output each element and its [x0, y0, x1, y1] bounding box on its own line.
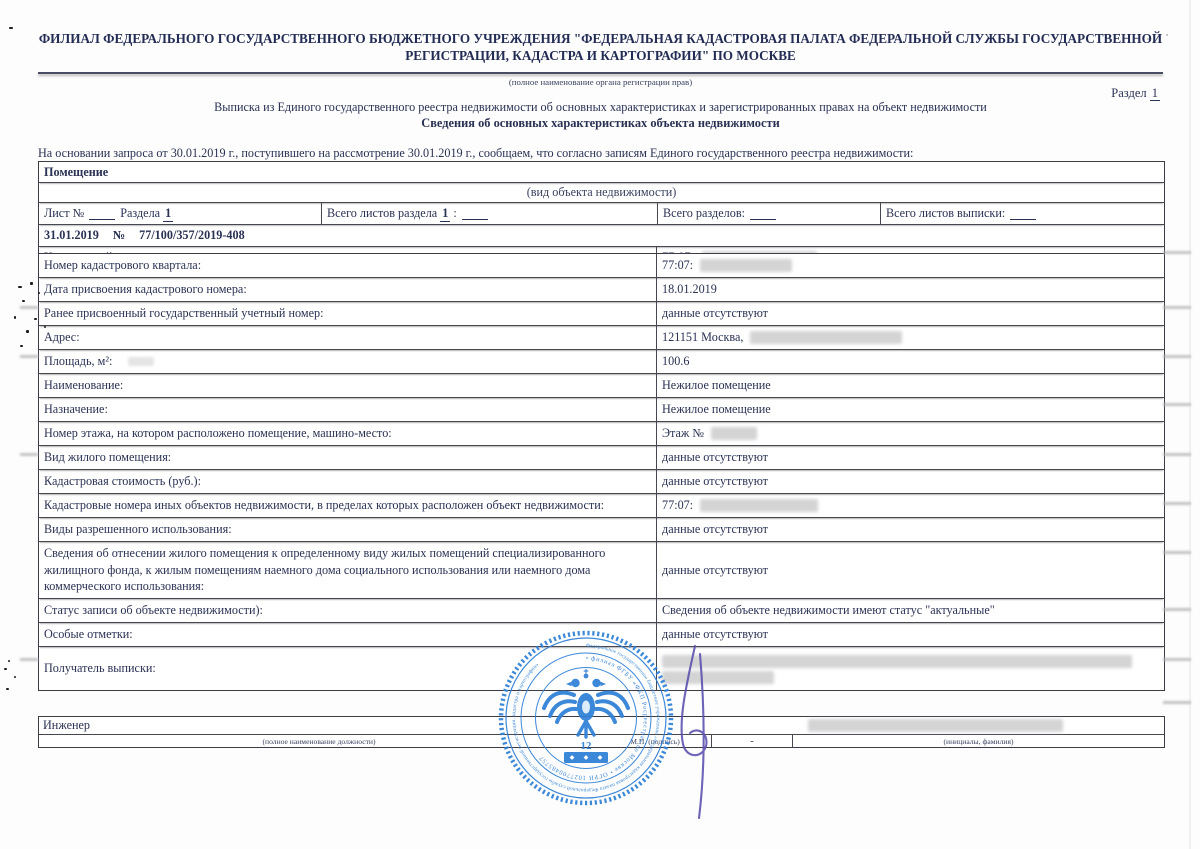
registration-date: 31.01.2019	[44, 228, 99, 243]
number-sign: №	[113, 228, 125, 243]
value-text: 77:07:	[662, 497, 693, 514]
document-title-line1: Выписка из Единого государственного реес…	[38, 100, 1163, 115]
stamp-banner	[564, 752, 608, 763]
value-text: 18.01.2019	[662, 281, 717, 298]
table-row: Наименование: Нежилое помещение	[39, 374, 1164, 398]
attribute-value: Сведения об объекте недвижимости имеют с…	[657, 599, 1164, 622]
blank-line	[1010, 208, 1036, 220]
name-caption: (инициалы, фамилия)	[793, 735, 1164, 747]
section-word: Раздел	[1111, 86, 1146, 100]
redacted-text	[808, 719, 1063, 732]
attribute-value: данные отсутствуют	[657, 542, 1164, 598]
attribute-label: Вид жилого помещения:	[39, 446, 657, 469]
value-text: Сведения об объекте недвижимости имеют с…	[662, 602, 995, 619]
header-rule	[38, 72, 1163, 74]
table-row: Виды разрешенного использования: данные …	[39, 518, 1164, 542]
blank-line	[89, 208, 115, 220]
object-type-caption-row: (вид объекта недвижимости)	[39, 183, 1164, 203]
value-text: данные отсутствуют	[662, 449, 768, 466]
attribute-label: Номер кадастрового квартала:	[39, 254, 657, 277]
redacted-text	[750, 331, 902, 344]
table-row: Назначение: Нежилое помещение	[39, 398, 1164, 422]
position-title: Инженер	[39, 718, 90, 733]
redacted-text	[700, 499, 818, 512]
attribute-label: Дата присвоения кадастрового номера:	[39, 278, 657, 301]
object-type-caption: (вид объекта недвижимости)	[39, 183, 1164, 202]
total-sheets-colon: :	[453, 206, 456, 221]
total-sheets-cell: Всего листов раздела 1 :	[322, 203, 658, 224]
redacted-lines	[662, 653, 1159, 684]
organization-caption: (полное наименование органа регистрации …	[38, 77, 1163, 87]
attribute-label: Ранее присвоенный государственный учетны…	[39, 302, 657, 325]
attribute-label: Площадь, м²:	[39, 350, 657, 373]
attribute-value: 77:07:	[657, 254, 1164, 277]
attribute-label: Адрес:	[39, 326, 657, 349]
value-text: 121151 Москва,	[662, 329, 743, 346]
attribute-value: 121151 Москва,	[657, 326, 1164, 349]
registration-number: 31.01.2019№77/100/357/2019-408	[39, 225, 1164, 246]
table-row: Ранее присвоенный государственный учетны…	[39, 302, 1164, 326]
total-sections-label: Всего разделов:	[663, 206, 745, 221]
table-row: Адрес: 121151 Москва,	[39, 326, 1164, 350]
table-row: Дата присвоения кадастрового номера: 18.…	[39, 278, 1164, 302]
attribute-label: Статус записи об объекте недвижимости):	[39, 599, 657, 622]
value-text: данные отсутствуют	[662, 473, 768, 490]
object-type: Помещение	[39, 162, 1164, 182]
attribute-label: Номер этажа, на котором расположено поме…	[39, 422, 657, 445]
redacted-text	[700, 259, 792, 272]
double-headed-eagle-icon	[544, 670, 628, 738]
value-text: Нежилое помещение	[662, 377, 771, 394]
label-text: Площадь, м²:	[44, 353, 112, 370]
attribute-label: Кадастровые номера иных объектов недвижи…	[39, 494, 657, 517]
value-text: 100.6	[662, 353, 689, 370]
object-type-row: Помещение	[39, 162, 1164, 183]
value-text: данные отсутствуют	[662, 521, 768, 538]
attribute-value: Нежилое помещение	[657, 398, 1164, 421]
stamp-center-number: 12	[581, 740, 593, 752]
section-label: Раздел 1	[1111, 86, 1160, 101]
table-row: Площадь, м²: 100.6	[39, 350, 1164, 374]
total-sections-cell: Всего разделов:	[658, 203, 881, 224]
value-text: данные отсутствуют	[662, 305, 768, 322]
value-text: 77:07:	[662, 257, 693, 274]
intro-paragraph: На основании запроса от 30.01.2019 г., п…	[38, 146, 1168, 161]
table-row: Вид жилого помещения: данные отсутствуют	[39, 446, 1164, 470]
blank-line	[462, 208, 488, 220]
attribute-label: Кадастровая стоимость (руб.):	[39, 470, 657, 493]
attribute-label: Виды разрешенного использования:	[39, 518, 657, 541]
table-row: Номер кадастрового квартала: 77:07:	[39, 254, 1164, 278]
sheet-info-row: Лист №Раздела 1 Всего листов раздела 1 :…	[39, 203, 1164, 225]
total-extract-sheets-cell: Всего листов выписки:	[881, 203, 1164, 224]
official-seal-stamp: Федеральное государственное бюджетное уч…	[497, 629, 675, 807]
total-sheets-label: Всего листов раздела	[327, 206, 437, 221]
table-row: Номер этажа, на котором расположено поме…	[39, 422, 1164, 446]
attribute-label: Сведения об отнесении жилого помещения к…	[39, 542, 657, 598]
organization-name: ФИЛИАЛ ФЕДЕРАЛЬНОГО ГОСУДАРСТВЕННОГО БЮД…	[38, 30, 1163, 64]
table-row: Сведения об отнесении жилого помещения к…	[39, 542, 1164, 599]
attribute-value: данные отсутствуют	[657, 446, 1164, 469]
value-text: Этаж №	[662, 425, 704, 442]
total-extract-sheets-label: Всего листов выписки:	[886, 206, 1005, 221]
attribute-value: Нежилое помещение	[657, 374, 1164, 397]
blank-line	[750, 208, 776, 220]
sheet-no-label: Лист №	[44, 206, 84, 221]
section-number: 1	[1150, 86, 1160, 101]
value-text: Нежилое помещение	[662, 401, 771, 418]
table-row: Кадастровые номера иных объектов недвижи…	[39, 494, 1164, 518]
attribute-label: Назначение:	[39, 398, 657, 421]
value-text: данные отсутствуют	[662, 562, 768, 579]
attribute-value: данные отсутствуют	[657, 302, 1164, 325]
table-row: Статус записи об объекте недвижимости): …	[39, 599, 1164, 623]
attribute-value: данные отсутствуют	[657, 470, 1164, 493]
redacted-text	[711, 427, 757, 440]
scan-ghost-artifact	[128, 357, 154, 366]
attributes-table: Номер кадастрового квартала: 77:07: Дата…	[38, 253, 1165, 691]
attribute-value: 77:07:	[657, 494, 1164, 517]
sheet-section-label: Раздела	[120, 206, 160, 221]
attribute-value: данные отсутствуют	[657, 518, 1164, 541]
registration-number-row: 31.01.2019№77/100/357/2019-408	[39, 225, 1164, 247]
document-title-line2: Сведения об основных характеристиках объ…	[38, 116, 1163, 131]
attribute-label: Наименование:	[39, 374, 657, 397]
total-sheets-number: 1	[440, 206, 450, 222]
document-number: 77/100/357/2019-408	[139, 228, 245, 243]
attribute-value: Этаж №	[657, 422, 1164, 445]
handwritten-signature	[650, 632, 735, 827]
scan-edge-line	[1189, 0, 1191, 849]
sheet-section-number: 1	[163, 206, 173, 222]
table-row: Кадастровая стоимость (руб.): данные отс…	[39, 470, 1164, 494]
attribute-value: 18.01.2019	[657, 278, 1164, 301]
sheet-number-cell: Лист №Раздела 1	[39, 203, 322, 224]
attribute-value: 100.6	[657, 350, 1164, 373]
